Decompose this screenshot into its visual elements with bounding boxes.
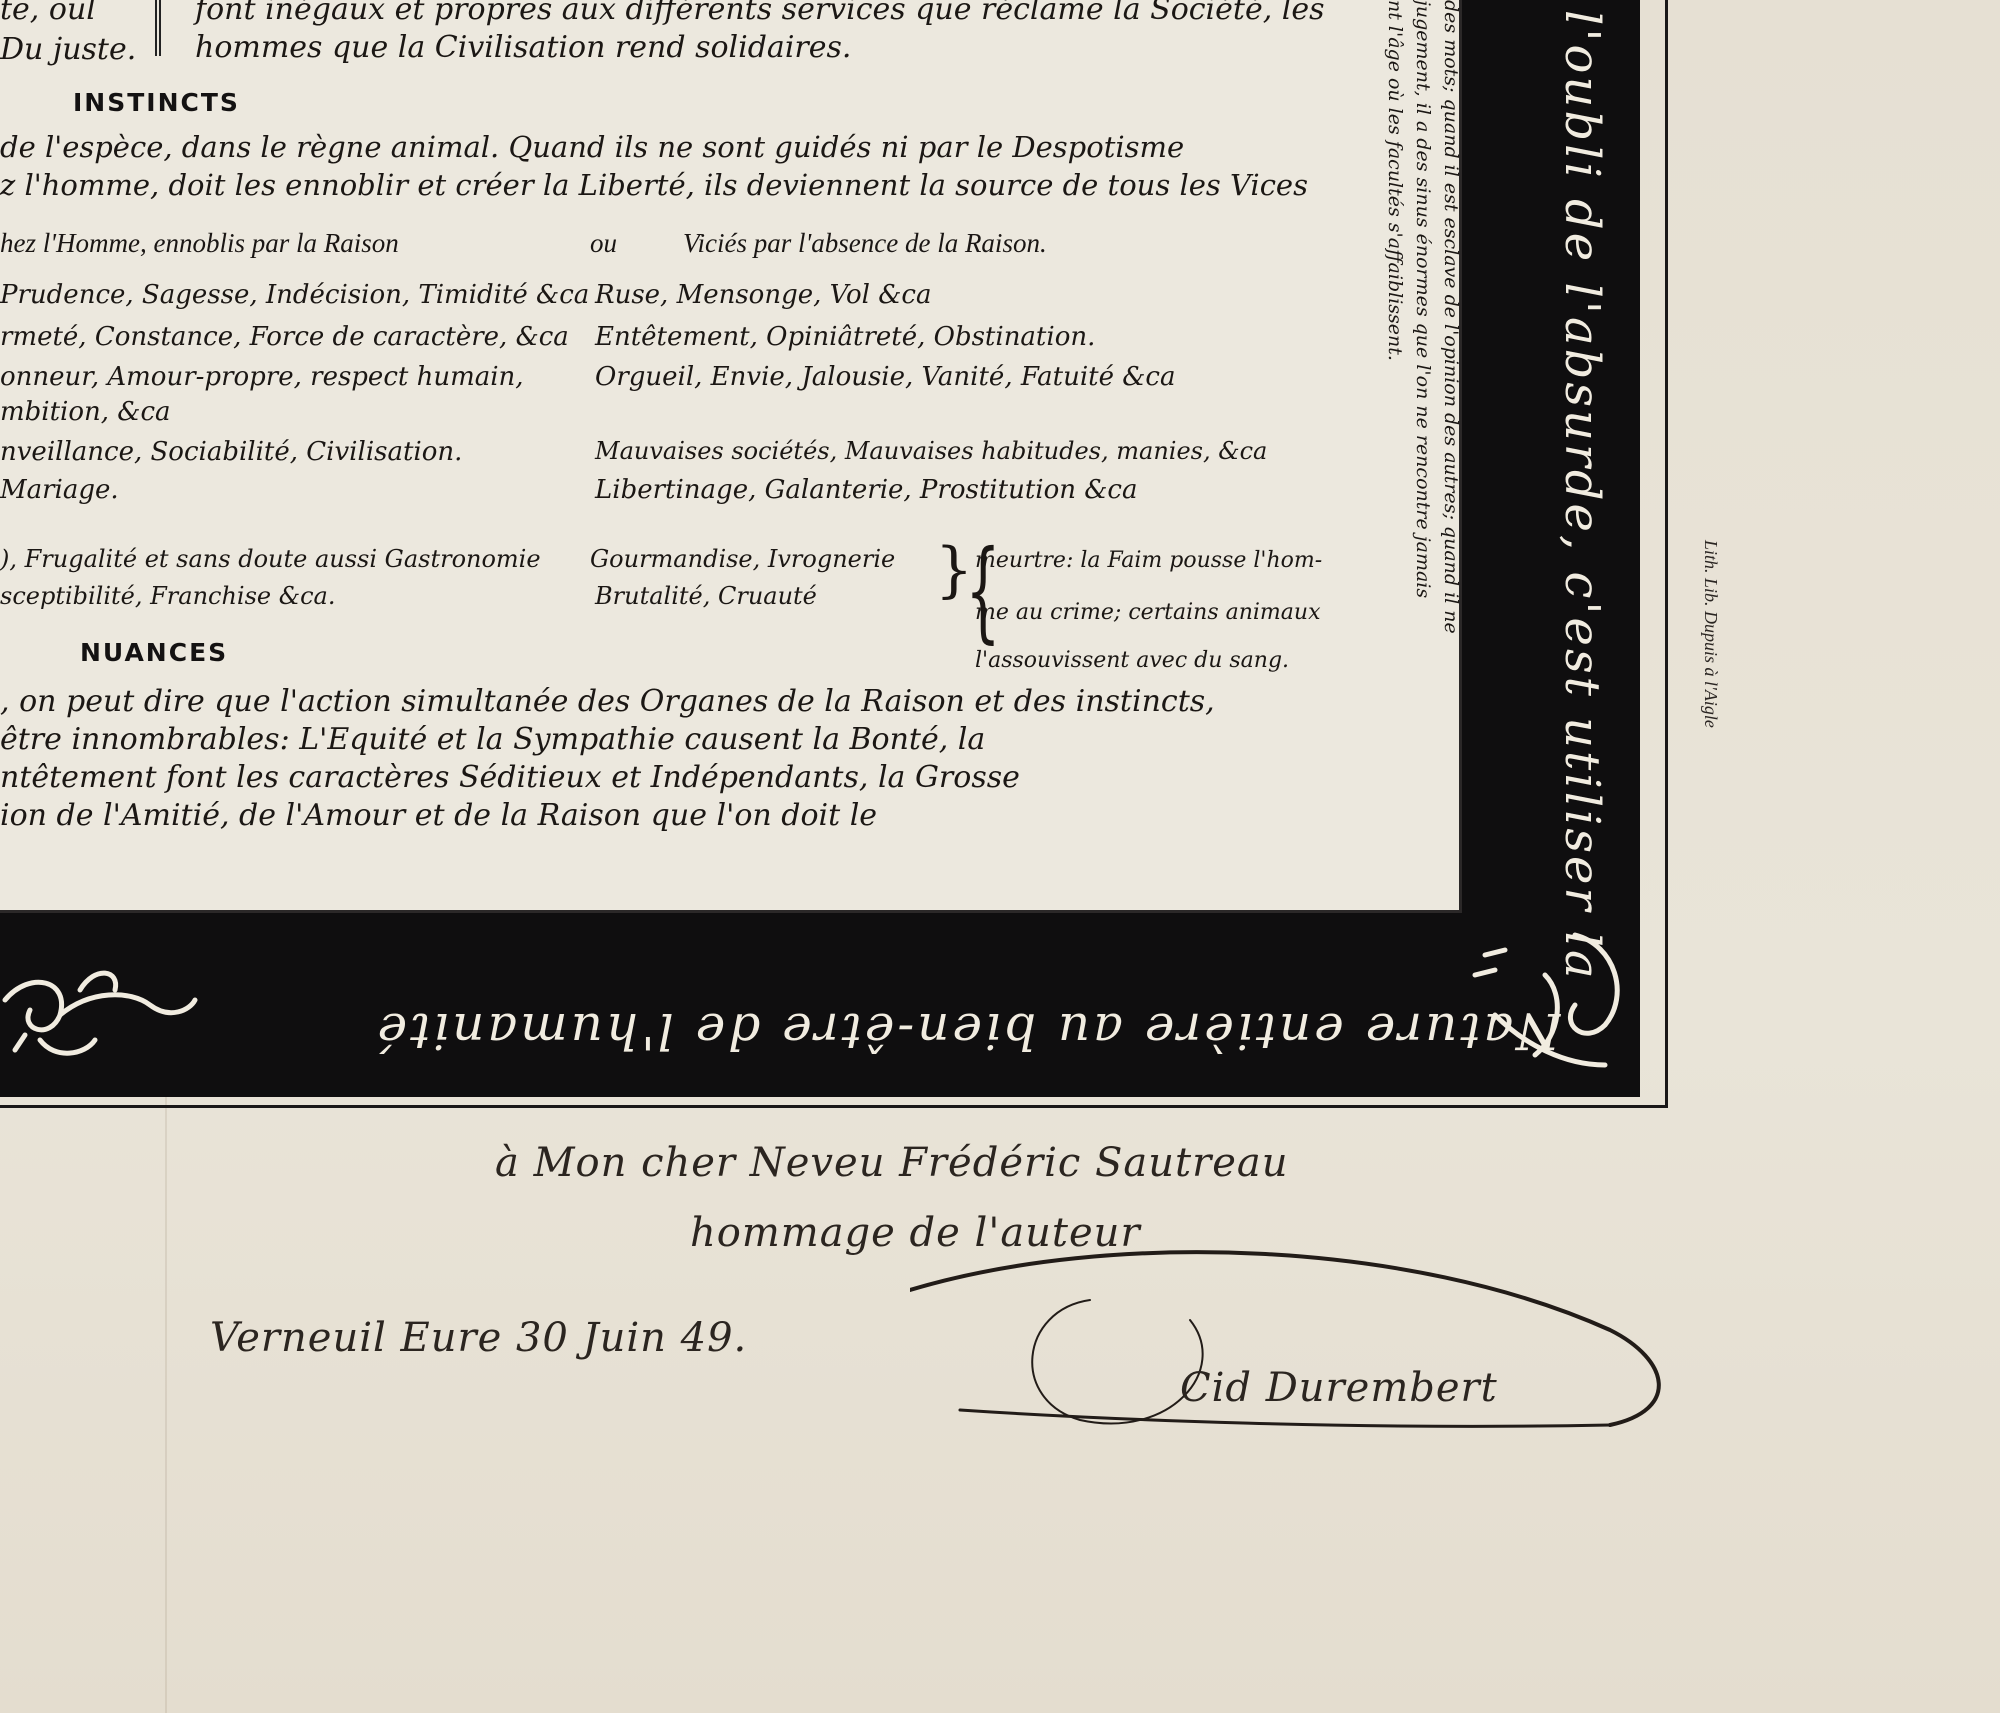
column-header-or: ou	[590, 228, 617, 259]
bracket-note-line: meurtre: la Faim pousse l'hom-	[975, 548, 1322, 573]
outer-rule-vertical	[1665, 0, 1668, 1108]
place-and-date: Verneuil Eure 30 Juin 49.	[210, 1315, 747, 1361]
corner-flourish-icon	[1455, 915, 1655, 1095]
nuances-line: ion de l'Amitié, de l'Amour et de la Rai…	[0, 798, 877, 833]
row-vitiated: Ruse, Mensonge, Vol &ca	[595, 280, 931, 310]
row-ennobled: nveillance, Sociabilité, Civilisation.	[0, 437, 462, 467]
nuances-line: , on peut dire que l'action simultanée d…	[0, 684, 1215, 719]
author-signature: Cid Durembert	[1180, 1365, 1498, 1411]
bracket-note-line: me au crime; certains animaux	[975, 600, 1321, 625]
row-ennobled: onneur, Amour-propre, respect humain,	[0, 362, 524, 392]
side-note-line: nt l'âge où les facultés s'affaiblissent…	[1384, 0, 1406, 361]
nuances-line: ntêtement font les caractères Séditieux …	[0, 760, 1020, 795]
dedication-line-1: à Mon cher Neveu Frédéric Sautreau	[495, 1140, 1289, 1186]
row-ennobled: Prudence, Sagesse, Indécision, Timidité …	[0, 280, 589, 310]
content-panel: te, oul Du juste. font inégaux et propre…	[0, 0, 1462, 912]
row-ennobled: rmeté, Constance, Force de caractère, &c…	[0, 322, 569, 352]
row-vitiated: Orgueil, Envie, Jalousie, Vanité, Fatuit…	[595, 362, 1175, 392]
heading-instincts: INSTINCTS	[73, 88, 240, 117]
heading-nuances: NUANCES	[80, 638, 228, 667]
column-divider	[155, 0, 161, 56]
side-note-vertical: des mots; quand il est esclave de l'opin…	[1375, 0, 1465, 900]
frame-inner-rule	[0, 910, 1462, 913]
top-right-line-2: hommes que la Civilisation rend solidair…	[195, 30, 851, 65]
left-fragment-line-2: Du juste.	[0, 32, 136, 67]
instincts-intro-line-2: z l'homme, doit les ennoblir et créer la…	[0, 168, 1308, 202]
flourish-ornament-icon	[0, 960, 200, 1070]
frame-bottom-motto: Nature entière au bien-être de l'humanit…	[210, 960, 1560, 1060]
bracket-note-line: l'assouvissent avec du sang.	[975, 648, 1289, 673]
outer-rule-horizontal	[0, 1105, 1668, 1108]
side-note-line: jugement, il a des sinus énormes que l'o…	[1412, 0, 1434, 598]
row-ennobled: Mariage.	[0, 475, 119, 505]
top-right-line-1: font inégaux et propres aux différents s…	[195, 0, 1325, 27]
column-header-ennobled: hez l'Homme, ennoblis par la Raison	[0, 228, 399, 259]
instincts-intro-line-1: de l'espèce, dans le règne animal. Quand…	[0, 130, 1184, 164]
row-vitiated: Libertinage, Galanterie, Prostitution &c…	[595, 475, 1137, 505]
row-ennobled: mbition, &ca	[0, 397, 171, 427]
frame-inner-rule	[1459, 0, 1462, 912]
left-fragment-line-1: te, oul	[0, 0, 96, 27]
row-ennobled: sceptibilité, Franchise &ca.	[0, 582, 336, 610]
frame-right-motto: l'oubli de l'absurde, c'est utiliser la	[1500, 10, 1610, 1010]
row-vitiated: Mauvaises sociétés, Mauvaises habitudes,…	[595, 437, 1267, 465]
row-ennobled: ), Frugalité et sans doute aussi Gastron…	[0, 545, 541, 573]
nuances-line: être innombrables: L'Equité et la Sympat…	[0, 722, 985, 757]
column-header-vitiated: Viciés par l'absence de la Raison.	[683, 228, 1047, 259]
row-vitiated: Entêtement, Opiniâtreté, Obstination.	[595, 322, 1095, 352]
row-vitiated: Gourmandise, Ivrognerie	[590, 545, 895, 573]
printer-imprint: Lith. Lib. Dupuis à l'Aigle	[1700, 540, 1721, 900]
row-vitiated: Brutalité, Cruauté	[595, 582, 817, 610]
